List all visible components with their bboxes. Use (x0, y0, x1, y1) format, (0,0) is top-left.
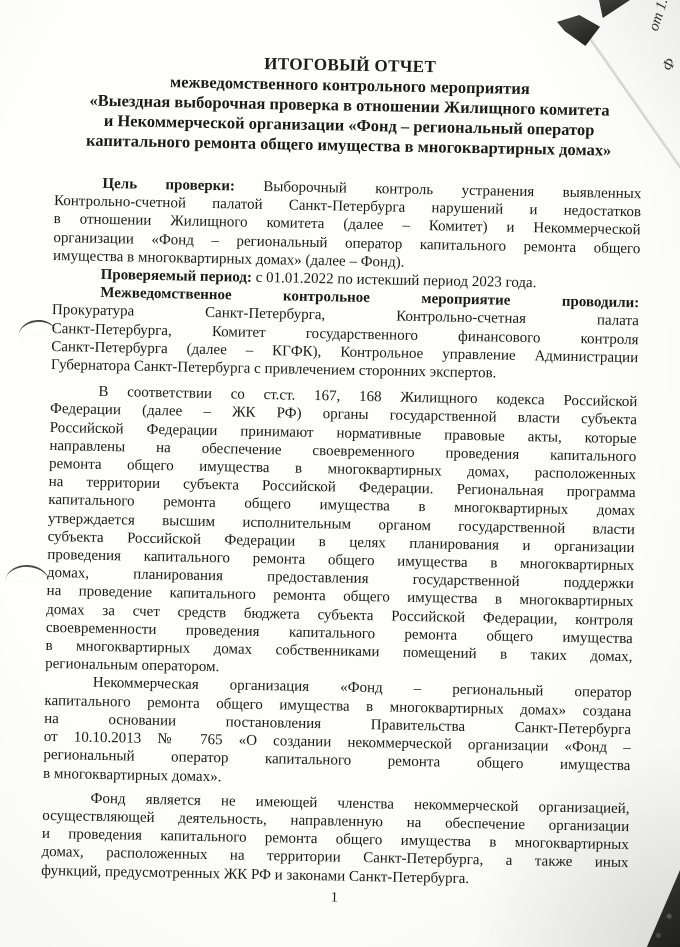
margin-arc-mark-2 (5, 563, 50, 583)
document-content: ИТОГОВЫЙ ОТЧЕТ межведомственного контрол… (41, 50, 644, 912)
photo-background: ИТОГОВЫЙ ОТЧЕТ межведомственного контрол… (0, 0, 680, 947)
corner-annotation: Ф (660, 57, 680, 74)
paragraph: Фонд является не имеющей членства некомм… (41, 789, 630, 891)
document-page: ИТОГОВЫЙ ОТЧЕТ межведомственного контрол… (0, 0, 680, 947)
bold-text-run: Проверяемый период: (101, 267, 253, 286)
paragraph: Межведомственное контрольное мероприятие… (51, 283, 640, 385)
bold-text-run: Цель проверки: (102, 176, 235, 195)
text-run: региональным оператором. (45, 656, 219, 675)
paragraph: В соответствии со ст.ст. 167, 168 Жилищн… (45, 382, 637, 684)
text-run: в многоквартирных домах». (43, 765, 222, 784)
paragraph: Некоммерческая организация «Фонд – регио… (43, 673, 632, 793)
document-body: Цель проверки: Выборочный контроль устра… (41, 174, 641, 891)
document-title: ИТОГОВЫЙ ОТЧЕТ межведомственного контрол… (55, 50, 644, 161)
paragraph: Цель проверки: Выборочный контроль устра… (53, 174, 642, 276)
background-corner-bottom (644, 870, 680, 947)
corner-annotation: от 1. (646, 0, 672, 33)
page-curl-mark-top (599, 0, 630, 18)
